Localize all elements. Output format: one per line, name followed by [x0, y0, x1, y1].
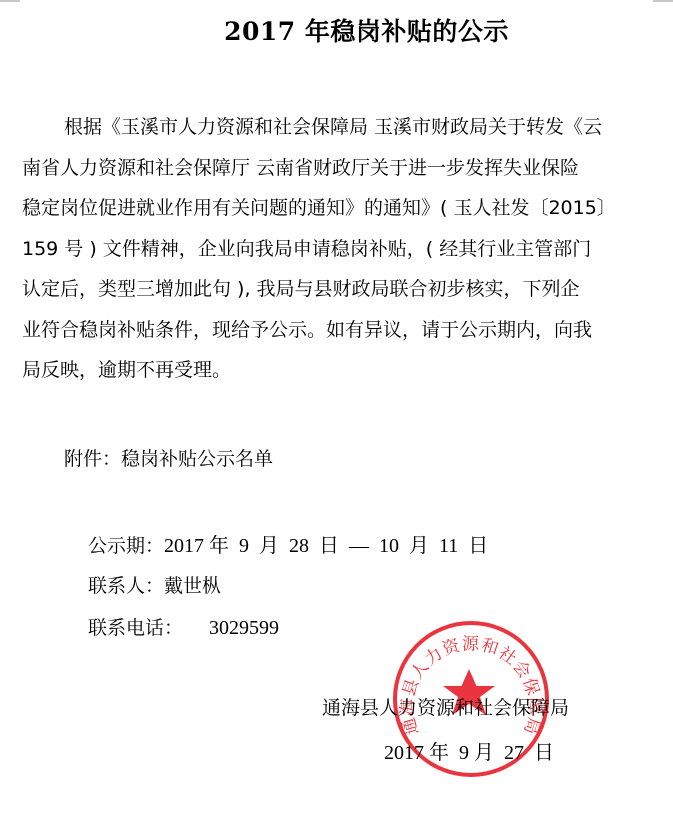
publicity-period-value: 2017 年 9 月 28 日 — 10 月 11 日 [164, 535, 488, 557]
body-line: 159 号 ) 文件精神，企业向我局申请稳岗补贴，( 经其行业主管部门 [22, 229, 652, 270]
signature-date-value: 2017 年 9 月 27 日 [384, 742, 554, 764]
contact-person-value: 戴世枞 [164, 575, 221, 597]
contact-phone-label: 联系电话： [88, 617, 183, 639]
body-line: 南省人力资源和社会保障厅 云南省财政厅关于进一步发挥失业保险 [22, 148, 652, 189]
signature-organization: 通海县人力资源和社会保障局 [322, 693, 569, 720]
body-line: 业符合稳岗补贴条件，现给予公示。如有异议，请于公示期内，向我 [22, 310, 652, 351]
body-line: 根据《玉溪市人力资源和社会保障局 玉溪市财政局关于转发《云 [22, 107, 652, 148]
contact-phone-value: 3029599 [183, 617, 279, 639]
page-corner-mark-left [0, 0, 20, 2]
attachment-note: 附件：稳岗补贴公示名单 [64, 444, 273, 471]
signature-date: 2017 年 9 月 27 日 [384, 736, 554, 765]
body-line: 局反映，逾期不再受理。 [22, 350, 652, 391]
contact-phone: 联系电话：3029599 [88, 613, 279, 640]
page-corner-mark-right [653, 0, 673, 2]
contact-person-label: 联系人： [88, 575, 164, 597]
body-line: 认定后，类型三增加此句 ), 我局与县财政局联合初步核实，下列企 [22, 269, 652, 310]
body-line: 稳定岗位促进就业作用有关问题的通知》的通知》( 玉人社发〔2015〕 [22, 188, 652, 229]
publicity-period-label: 公示期： [88, 535, 164, 557]
body-paragraph: 根据《玉溪市人力资源和社会保障局 玉溪市财政局关于转发《云 南省人力资源和社会保… [22, 107, 652, 391]
publicity-period: 公示期：2017 年 9 月 28 日 — 10 月 11 日 [88, 529, 488, 558]
contact-person: 联系人：戴世枞 [88, 571, 221, 598]
document-title: 2017 年稳岗补贴的公示 [0, 12, 673, 48]
